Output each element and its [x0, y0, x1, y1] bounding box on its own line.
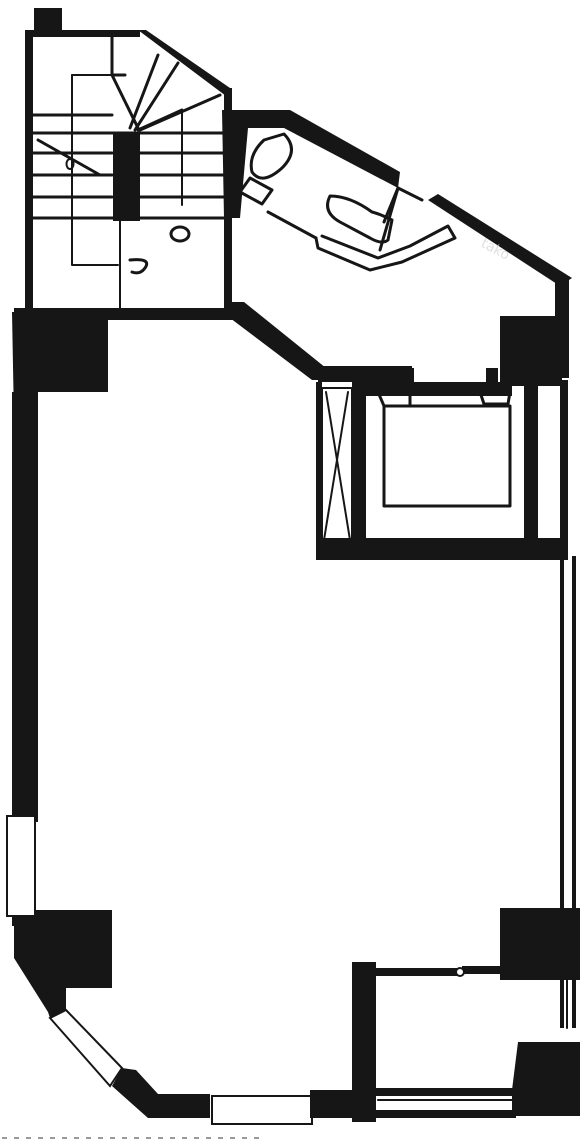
structural-columns: [12, 312, 580, 1012]
elevator-block: [316, 368, 568, 560]
pipe-shaft: [322, 388, 352, 544]
landing-fixture-oval: [171, 227, 189, 241]
left-wall: [7, 392, 38, 926]
corridor-walls: [226, 302, 412, 382]
stairwell: [14, 8, 236, 320]
wash-basin: [251, 134, 291, 178]
floor-plan: tako: [0, 0, 584, 1142]
corner-window-diagonal: [50, 1010, 122, 1086]
bottom-window: [212, 1096, 312, 1124]
bottom-wall: [48, 1010, 358, 1124]
entrance-vestibule: [352, 962, 580, 1122]
toilet-bowl: [328, 196, 392, 242]
elevator-car: [384, 406, 510, 506]
left-window: [7, 816, 35, 916]
